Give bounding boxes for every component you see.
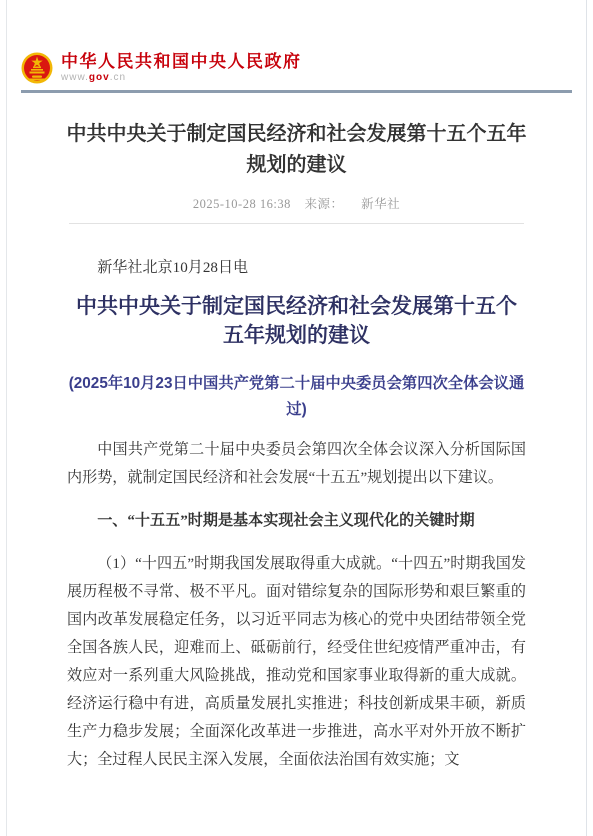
page-title: 中共中央关于制定国民经济和社会发展第十五个五年规划的建议 bbox=[64, 119, 529, 181]
article-meta: 2025-10-28 16:38 来源： 新华社 bbox=[7, 194, 586, 212]
source-name: 新华社 bbox=[361, 197, 400, 211]
article-body: 新华社北京10月28日电 中共中央关于制定国民经济和社会发展第十五个五年规划的建… bbox=[7, 257, 586, 774]
section-heading-1: 一、“十五五”时期是基本实现社会主义现代化的关键时期 bbox=[67, 507, 526, 536]
body-paragraph-1: （1）“十四五”时期我国发展取得重大成就。“十四五”时期我国发展历程极不寻常、极… bbox=[67, 550, 526, 774]
meta-divider bbox=[69, 223, 524, 224]
site-url: www.gov.cn bbox=[61, 73, 302, 83]
site-url-www: www. bbox=[61, 72, 89, 83]
document-heading: 中共中央关于制定国民经济和社会发展第十五个五年规划的建议 bbox=[67, 292, 526, 350]
site-url-gov: gov bbox=[89, 72, 110, 83]
title-block: 中共中央关于制定国民经济和社会发展第十五个五年规划的建议 2025-10-28 … bbox=[7, 119, 586, 224]
publish-datetime: 2025-10-28 16:38 bbox=[193, 197, 291, 211]
national-emblem-icon bbox=[21, 52, 53, 84]
intro-paragraph: 中国共产党第二十届中央委员会第四次全体会议深入分析国际国内形势，就制定国民经济和… bbox=[67, 436, 526, 492]
site-header: 中华人民共和国中央人民政府 www.gov.cn bbox=[7, 0, 586, 93]
header-rule bbox=[21, 90, 572, 93]
site-name: 中华人民共和国中央人民政府 bbox=[61, 53, 302, 70]
dateline: 新华社北京10月28日电 bbox=[67, 257, 526, 279]
approval-note: (2025年10月23日中国共产党第二十届中央委员会第四次全体会议通过) bbox=[67, 371, 526, 423]
site-url-cn: .cn bbox=[110, 72, 126, 83]
page: 中华人民共和国中央人民政府 www.gov.cn 中共中央关于制定国民经济和社会… bbox=[6, 0, 587, 836]
source-label: 来源： bbox=[304, 197, 343, 211]
site-brand[interactable]: 中华人民共和国中央人民政府 www.gov.cn bbox=[7, 0, 586, 90]
